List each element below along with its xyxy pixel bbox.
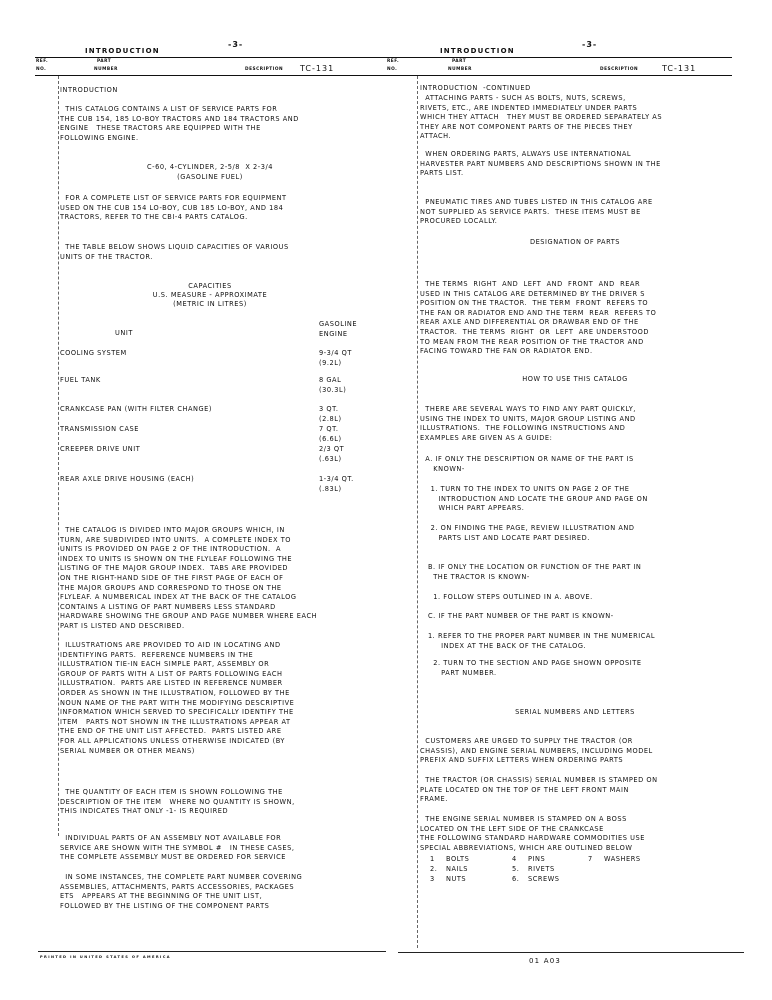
capacity-value: 8 GAL (30.3L) [319, 376, 346, 395]
step-c: C. IF THE PART NUMBER OF THE PART IS KNO… [420, 612, 614, 622]
hardware-number: 1 [430, 855, 435, 865]
capacity-value: 3 QT. (2.8L) [319, 405, 342, 424]
step-a: A. IF ONLY THE DESCRIPTION OR NAME OF TH… [420, 455, 634, 474]
catalog-code: TC-131 [300, 64, 334, 73]
hardware-name: BOLTS [446, 855, 469, 865]
how-to-use-heading: HOW TO USE THIS CATALOG [420, 375, 730, 385]
step-a1: 1. TURN TO THE INDEX TO UNITS ON PAGE 2 … [420, 485, 648, 514]
footer-rule [38, 951, 386, 952]
header-rule-bottom [386, 75, 732, 76]
step-a2: 2. ON FINDING THE PAGE, REVIEW ILLUSTRAT… [420, 524, 635, 543]
hardware-name: PINS [528, 855, 545, 865]
no-label: NO. [387, 67, 397, 72]
section-title: INTRODUCTION [440, 47, 515, 55]
description-label: DESCRIPTION [600, 67, 638, 72]
capacity-unit: REAR AXLE DRIVE HOUSING (EACH) [60, 475, 194, 485]
engine-fuel: (GASOLINE FUEL) [60, 173, 360, 183]
part-label: PART [97, 59, 111, 64]
table-intro-paragraph: THE TABLE BELOW SHOWS LIQUID CAPACITIES … [60, 243, 289, 262]
header-rule-top [386, 57, 732, 58]
catalog-reference-paragraph: FOR A COMPLETE LIST OF SERVICE PARTS FOR… [60, 194, 287, 223]
printed-in-usa: PRINTED IN UNITED STATES OF AMERICA [40, 955, 171, 959]
number-label: NUMBER [448, 67, 472, 72]
part-label: PART [452, 59, 466, 64]
page-number: -3- [582, 40, 597, 49]
ref-label: REF. [387, 59, 399, 64]
intro-paragraph: THIS CATALOG CONTAINS A LIST OF SERVICE … [60, 105, 299, 143]
hardware-name: SCREWS [528, 875, 560, 885]
right-page: -3- INTRODUCTION REF. PART NO. NUMBER DE… [386, 0, 772, 1000]
hardware-name: NAILS [446, 865, 468, 875]
designation-heading: DESIGNATION OF PARTS [420, 238, 730, 248]
hardware-number: 5. [512, 865, 519, 875]
ref-column-divider [58, 76, 59, 836]
illustrations-paragraph: ILLUSTRATIONS ARE PROVIDED TO AID IN LOC… [60, 641, 294, 756]
engine-serial-paragraph: THE ENGINE SERIAL NUMBER IS STAMPED ON A… [420, 815, 645, 853]
footer-rule [398, 952, 744, 953]
step-c1: 1. REFER TO THE PROPER PART NUMBER IN TH… [420, 632, 655, 651]
designation-paragraph: THE TERMS RIGHT AND LEFT AND FRONT AND R… [420, 280, 656, 357]
intro-continued-heading: INTRODUCTION -CONTINUED [420, 84, 531, 94]
capacity-unit: CRANKCASE PAN (WITH FILTER CHANGE) [60, 405, 212, 415]
hardware-number: 7 [588, 855, 593, 865]
capacity-value: 2/3 QT (.63L) [319, 445, 344, 464]
description-label: DESCRIPTION [245, 67, 283, 72]
tractor-serial-paragraph: THE TRACTOR (OR CHASSIS) SERIAL NUMBER I… [420, 776, 658, 805]
assembly-symbol-paragraph: INDIVIDUAL PARTS OF AN ASSEMBLY NOT AVAI… [60, 834, 294, 863]
step-b: B. IF ONLY THE LOCATION OR FUNCTION OF T… [420, 563, 641, 582]
hardware-name: NUTS [446, 875, 466, 885]
no-label: NO. [36, 67, 46, 72]
left-page: -3- INTRODUCTION REF. PART NO. NUMBER DE… [0, 0, 386, 1000]
column-unit: UNIT [115, 329, 133, 339]
hardware-number: 6. [512, 875, 519, 885]
catalog-structure-paragraph: THE CATALOG IS DIVIDED INTO MAJOR GROUPS… [60, 526, 317, 632]
hardware-number: 3 [430, 875, 435, 885]
ref-column-divider [417, 76, 418, 948]
capacity-unit: CREEPER DRIVE UNIT [60, 445, 140, 455]
step-c2: 2. TURN TO THE SECTION AND PAGE SHOWN OP… [420, 659, 642, 678]
serial-numbers-paragraph: CUSTOMERS ARE URGED TO SUPPLY THE TRACTO… [420, 737, 653, 766]
hardware-name: WASHERS [604, 855, 641, 865]
number-label: NUMBER [94, 67, 118, 72]
serial-numbers-heading: SERIAL NUMBERS AND LETTERS [420, 708, 730, 718]
engine-spec: C-60, 4-CYLINDER, 2-5/8 X 2-3/4 [60, 163, 360, 173]
page-number: -3- [228, 40, 243, 49]
how-to-use-paragraph: THERE ARE SEVERAL WAYS TO FIND ANY PART … [420, 405, 636, 443]
header-rule-bottom [35, 75, 386, 76]
complete-part-paragraph: IN SOME INSTANCES, THE COMPLETE PART NUM… [60, 873, 302, 911]
capacities-subtitle-metric: (METRIC IN LITRES) [60, 300, 360, 310]
capacity-value: 1-3/4 QT. (.83L) [319, 475, 354, 494]
hardware-name: RIVETS [528, 865, 555, 875]
header-rule-top [35, 57, 386, 58]
ref-label: REF. [36, 59, 48, 64]
step-b1: 1. FOLLOW STEPS OUTLINED IN A. ABOVE. [420, 593, 593, 603]
capacity-unit: FUEL TANK [60, 376, 101, 386]
section-title: INTRODUCTION [85, 47, 160, 55]
intro-heading: INTRODUCTION [60, 86, 118, 96]
quantity-paragraph: THE QUANTITY OF EACH ITEM IS SHOWN FOLLO… [60, 788, 295, 817]
capacity-unit: TRANSMISSION CASE [60, 425, 139, 435]
hardware-number: 2. [430, 865, 437, 875]
page-code: 01 A03 [529, 957, 561, 965]
capacity-value: 9-3/4 QT (9.2L) [319, 349, 352, 368]
ordering-paragraph: WHEN ORDERING PARTS, ALWAYS USE INTERNAT… [420, 150, 661, 179]
catalog-code: TC-131 [662, 64, 696, 73]
hardware-number: 4 [512, 855, 517, 865]
attaching-parts-paragraph: ATTACHING PARTS - SUCH AS BOLTS, NUTS, S… [420, 94, 662, 142]
pneumatic-tires-paragraph: PNEUMATIC TIRES AND TUBES LISTED IN THIS… [420, 198, 653, 227]
column-gasoline-engine: GASOLINE ENGINE [319, 320, 357, 339]
capacity-value: 7 QT. (6.6L) [319, 425, 342, 444]
capacity-unit: COOLING SYSTEM [60, 349, 127, 359]
